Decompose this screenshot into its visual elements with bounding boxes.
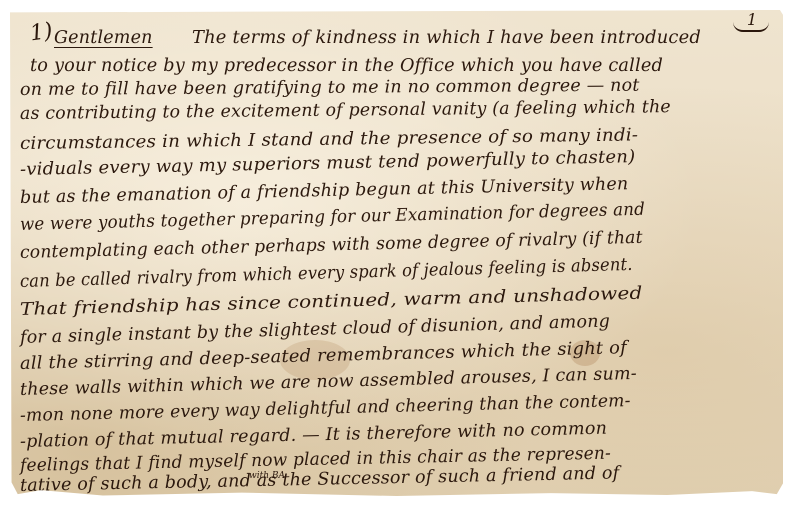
- letter-body: Gentlemen The terms of kindness in which…: [10, 10, 783, 497]
- letter-line-1: Gentlemen The terms of kindness in which…: [54, 28, 691, 48]
- letter-line-19: such a man as its late P.: [34, 497, 251, 512]
- manuscript-page: 1) 1 Gentlemen The terms of kindness in …: [10, 10, 783, 497]
- letter-line-2: to your notice by my predecessor in the …: [30, 56, 663, 76]
- letter-line-3: on me to fill have been gratifying to me…: [20, 76, 640, 100]
- line-text: The terms of kindness in which I have be…: [192, 28, 701, 48]
- interlinear-insertion: with BA: [249, 471, 285, 481]
- letter-line-4: as contributing to the excitement of per…: [20, 97, 671, 124]
- salutation: Gentlemen: [54, 28, 153, 48]
- document-stage: 1) 1 Gentlemen The terms of kindness in …: [0, 0, 800, 512]
